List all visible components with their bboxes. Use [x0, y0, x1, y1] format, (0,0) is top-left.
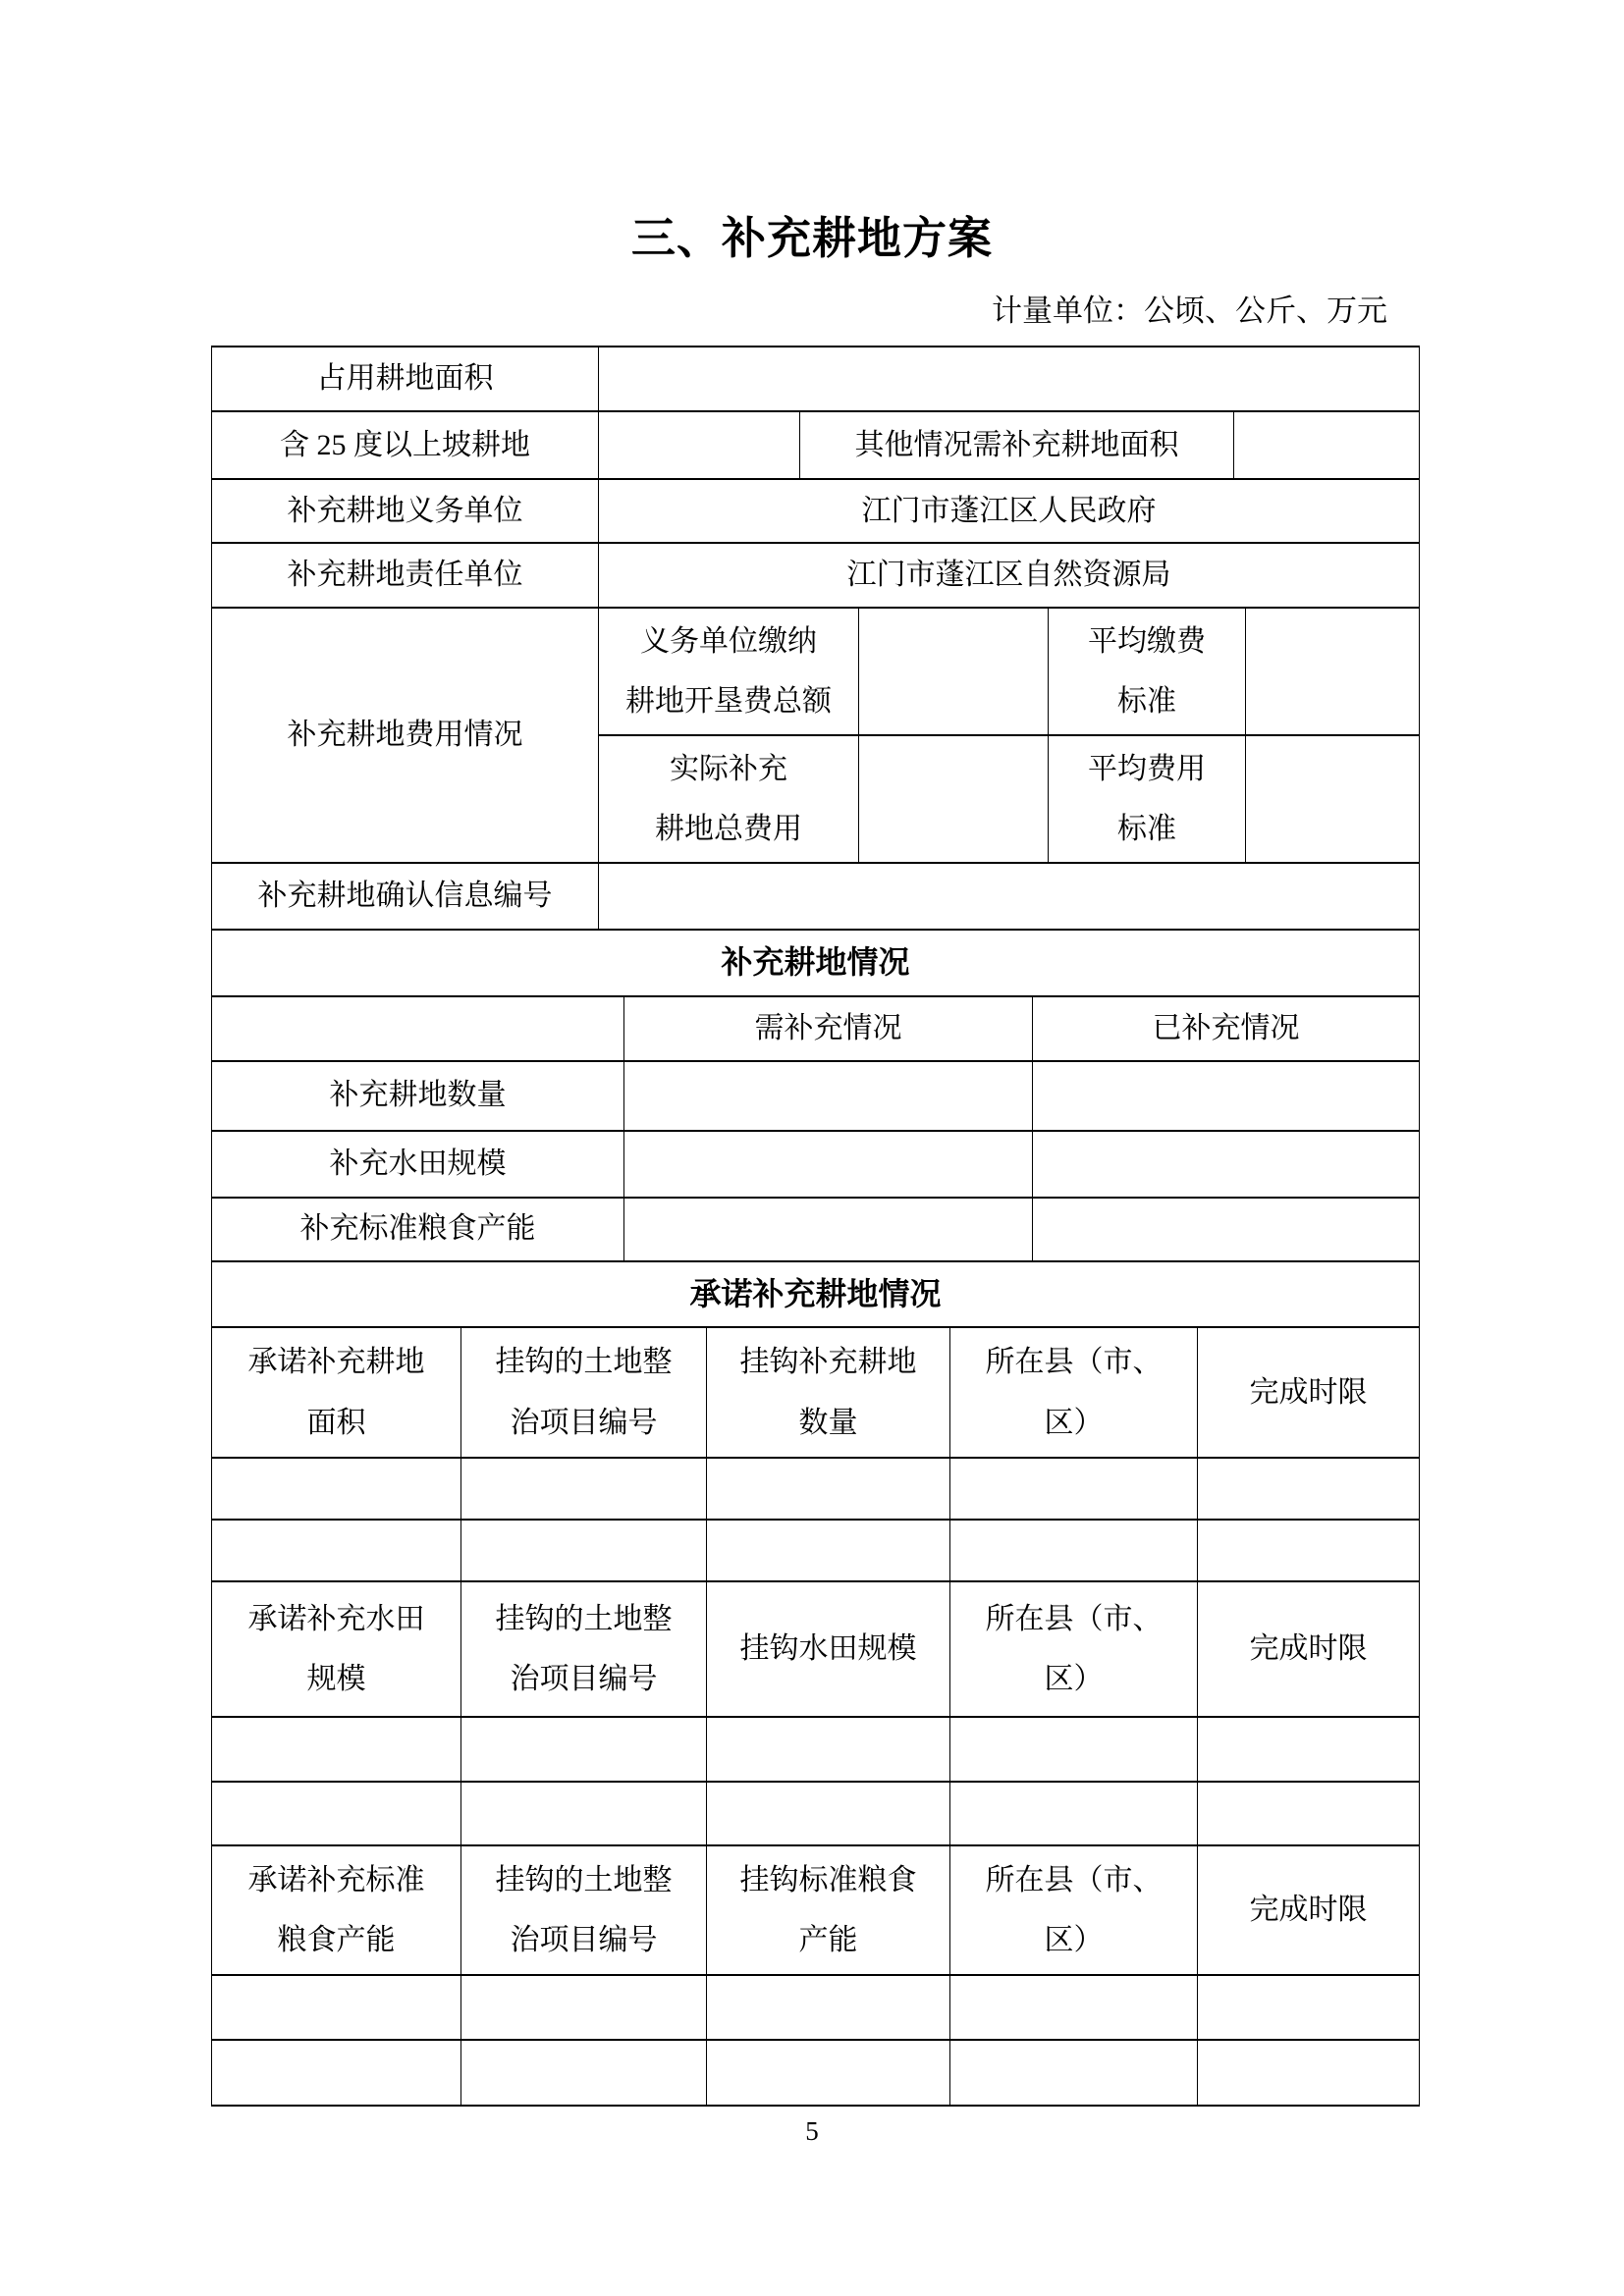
commitment-paddy-data-row — [212, 1717, 1420, 1782]
linked-project-number-header-cell: 挂钩的土地整 治项目编号 — [461, 1845, 707, 1975]
avg-payment-label-cell: 平均缴费 标准 — [1049, 608, 1246, 735]
label-line-1: 挂钩的土地整 — [465, 1332, 702, 1393]
supplement-qty-done-cell — [1033, 1061, 1420, 1131]
commitment-paddy-data-row — [212, 1782, 1420, 1845]
label-line-1: 所在县（市、 — [954, 1850, 1193, 1911]
county-header-cell: 所在县（市、 区） — [950, 1327, 1198, 1458]
confirmation-number-row: 补充耕地确认信息编号 — [212, 863, 1420, 930]
obligation-unit-value-cell: 江门市蓬江区人民政府 — [599, 479, 1420, 543]
label-line-1: 所在县（市、 — [954, 1332, 1193, 1393]
label-line-2: 区） — [954, 1649, 1193, 1710]
empty-data-cell — [461, 1458, 707, 1520]
empty-data-cell — [707, 1975, 950, 2040]
reclamation-fee-value-cell — [859, 608, 1049, 735]
commitment-section-title-cell: 承诺补充耕地情况 — [212, 1261, 1420, 1328]
label-line-1: 挂钩的土地整 — [465, 1589, 702, 1650]
supplement-qty-row: 补充耕地数量 — [212, 1061, 1420, 1131]
label-line-2: 粮食产能 — [216, 1910, 457, 1971]
empty-data-cell — [461, 1975, 707, 2040]
paddy-scale-need-cell — [624, 1131, 1033, 1198]
other-need-value-cell — [1234, 411, 1420, 479]
commitment-header-row: 承诺补充耕地情况 — [212, 1261, 1420, 1328]
obligation-unit-label-cell: 补充耕地义务单位 — [212, 479, 599, 543]
label-line-1: 挂钩补充耕地 — [711, 1332, 946, 1393]
responsibility-unit-label-cell: 补充耕地责任单位 — [212, 543, 599, 608]
paddy-scale-done-cell — [1033, 1131, 1420, 1198]
commitment-area-label-cell: 承诺补充耕地 面积 — [212, 1327, 461, 1458]
linked-project-number-header-cell: 挂钩的土地整 治项目编号 — [461, 1327, 707, 1458]
empty-data-cell — [950, 1717, 1198, 1782]
empty-data-cell — [212, 1458, 461, 1520]
fee-info-label-cell: 补充耕地费用情况 — [212, 608, 599, 863]
empty-data-cell — [212, 1782, 461, 1845]
empty-data-cell — [1198, 2040, 1420, 2106]
empty-data-cell — [1198, 1975, 1420, 2040]
label-line-2: 耕地总费用 — [603, 799, 854, 860]
linked-project-number-header-cell: 挂钩的土地整 治项目编号 — [461, 1581, 707, 1717]
need-status-header-cell: 需补充情况 — [624, 996, 1033, 1061]
label-line-2: 数量 — [711, 1393, 946, 1454]
empty-data-cell — [950, 1975, 1198, 2040]
label-line-2: 耕地开垦费总额 — [603, 671, 854, 732]
avg-cost-label-cell: 平均费用 标准 — [1049, 735, 1246, 863]
avg-payment-value-cell — [1246, 608, 1420, 735]
label-line-2: 治项目编号 — [465, 1393, 702, 1454]
linked-area-qty-header-cell: 挂钩补充耕地 数量 — [707, 1327, 950, 1458]
occupied-area-row: 占用耕地面积 — [212, 347, 1420, 411]
label-line-2: 规模 — [216, 1649, 457, 1710]
label-line-1: 实际补充 — [603, 739, 854, 800]
paddy-scale-row: 补充水田规模 — [212, 1131, 1420, 1198]
empty-data-cell — [212, 1717, 461, 1782]
empty-data-cell — [212, 2040, 461, 2106]
commitment-paddy-header-row: 承诺补充水田 规模 挂钩的土地整 治项目编号 挂钩水田规模 所在县（市、 区） … — [212, 1581, 1420, 1717]
commitment-grain-data-row — [212, 2040, 1420, 2106]
slope25-label-cell: 含 25 度以上坡耕地 — [212, 411, 599, 479]
occupied-area-label-cell: 占用耕地面积 — [212, 347, 599, 411]
commitment-grain-data-row — [212, 1975, 1420, 2040]
done-status-header-cell: 已补充情况 — [1033, 996, 1420, 1061]
responsibility-unit-row: 补充耕地责任单位 江门市蓬江区自然资源局 — [212, 543, 1420, 608]
label-line-1: 承诺补充耕地 — [216, 1332, 457, 1393]
supplement-status-section-title-cell: 补充耕地情况 — [212, 930, 1420, 996]
page-number: 5 — [0, 2116, 1624, 2147]
fee-row-1: 补充耕地费用情况 义务单位缴纳 耕地开垦费总额 平均缴费 标准 — [212, 608, 1420, 735]
linked-paddy-scale-header-cell: 挂钩水田规模 — [707, 1581, 950, 1717]
obligation-unit-row: 补充耕地义务单位 江门市蓬江区人民政府 — [212, 479, 1420, 543]
empty-data-cell — [1198, 1717, 1420, 1782]
actual-cost-label-cell: 实际补充 耕地总费用 — [599, 735, 859, 863]
empty-data-cell — [707, 2040, 950, 2106]
responsibility-unit-value-cell: 江门市蓬江区自然资源局 — [599, 543, 1420, 608]
commitment-paddy-label-cell: 承诺补充水田 规模 — [212, 1581, 461, 1717]
label-line-1: 挂钩标准粮食 — [711, 1850, 946, 1911]
empty-data-cell — [1198, 1782, 1420, 1845]
label-line-2: 区） — [954, 1910, 1193, 1971]
supplement-qty-label-cell: 补充耕地数量 — [212, 1061, 624, 1131]
paddy-scale-label-cell: 补充水田规模 — [212, 1131, 624, 1198]
label-line-2: 标准 — [1053, 799, 1241, 860]
commitment-area-data-row — [212, 1458, 1420, 1520]
county-header-cell: 所在县（市、 区） — [950, 1581, 1198, 1717]
empty-data-cell — [461, 2040, 707, 2106]
empty-data-cell — [707, 1458, 950, 1520]
label-line-2: 标准 — [1053, 671, 1241, 732]
grain-capacity-label-cell: 补充标准粮食产能 — [212, 1198, 624, 1261]
empty-data-cell — [212, 1975, 461, 2040]
label-line-1: 平均费用 — [1053, 739, 1241, 800]
deadline-header-cell: 完成时限 — [1198, 1581, 1420, 1717]
label-line-2: 治项目编号 — [465, 1910, 702, 1971]
grain-capacity-done-cell — [1033, 1198, 1420, 1261]
commitment-area-header-row: 承诺补充耕地 面积 挂钩的土地整 治项目编号 挂钩补充耕地 数量 所在县（市、 … — [212, 1327, 1420, 1458]
supplement-plan-table: 占用耕地面积 含 25 度以上坡耕地 其他情况需补充耕地面积 补充耕地义务单位 … — [211, 346, 1420, 2107]
empty-data-cell — [950, 2040, 1198, 2106]
empty-data-cell — [950, 1458, 1198, 1520]
label-line-1: 承诺补充标准 — [216, 1850, 457, 1911]
deadline-header-cell: 完成时限 — [1198, 1327, 1420, 1458]
supplement-qty-need-cell — [624, 1061, 1033, 1131]
slope-row: 含 25 度以上坡耕地 其他情况需补充耕地面积 — [212, 411, 1420, 479]
reclamation-fee-label-cell: 义务单位缴纳 耕地开垦费总额 — [599, 608, 859, 735]
empty-data-cell — [1198, 1520, 1420, 1581]
grain-capacity-row: 补充标准粮食产能 — [212, 1198, 1420, 1261]
county-header-cell: 所在县（市、 区） — [950, 1845, 1198, 1975]
empty-data-cell — [707, 1717, 950, 1782]
blank-corner-cell — [212, 996, 624, 1061]
supplement-status-subheader-row: 需补充情况 已补充情况 — [212, 996, 1420, 1061]
page-title: 三、补充耕地方案 — [0, 202, 1624, 266]
label-line-1: 承诺补充水田 — [216, 1589, 457, 1650]
empty-data-cell — [950, 1520, 1198, 1581]
label-line-1: 挂钩的土地整 — [465, 1850, 702, 1911]
confirmation-number-label-cell: 补充耕地确认信息编号 — [212, 863, 599, 930]
slope25-value-cell — [599, 411, 800, 479]
label-line-1: 平均缴费 — [1053, 612, 1241, 672]
occupied-area-value-cell — [599, 347, 1420, 411]
deadline-header-cell: 完成时限 — [1198, 1845, 1420, 1975]
document-page: 三、补充耕地方案 计量单位：公顷、公斤、万元 占用耕地面积 含 25 度以上坡耕… — [0, 0, 1624, 2296]
commitment-grain-label-cell: 承诺补充标准 粮食产能 — [212, 1845, 461, 1975]
empty-data-cell — [461, 1717, 707, 1782]
grain-capacity-need-cell — [624, 1198, 1033, 1261]
label-line-2: 面积 — [216, 1393, 457, 1454]
label-line-1: 所在县（市、 — [954, 1589, 1193, 1650]
empty-data-cell — [1198, 1458, 1420, 1520]
commitment-grain-header-row: 承诺补充标准 粮食产能 挂钩的土地整 治项目编号 挂钩标准粮食 产能 所在县（市… — [212, 1845, 1420, 1975]
label-line-1: 义务单位缴纳 — [603, 612, 854, 672]
confirmation-number-value-cell — [599, 863, 1420, 930]
commitment-area-data-row — [212, 1520, 1420, 1581]
label-line-2: 产能 — [711, 1910, 946, 1971]
linked-grain-capacity-header-cell: 挂钩标准粮食 产能 — [707, 1845, 950, 1975]
empty-data-cell — [707, 1520, 950, 1581]
empty-data-cell — [707, 1782, 950, 1845]
empty-data-cell — [461, 1520, 707, 1581]
empty-data-cell — [212, 1520, 461, 1581]
other-need-label-cell: 其他情况需补充耕地面积 — [800, 411, 1234, 479]
label-line-2: 治项目编号 — [465, 1649, 702, 1710]
unit-note: 计量单位：公顷、公斤、万元 — [211, 286, 1387, 330]
supplement-status-header-row: 补充耕地情况 — [212, 930, 1420, 996]
actual-cost-value-cell — [859, 735, 1049, 863]
empty-data-cell — [950, 1782, 1198, 1845]
empty-data-cell — [461, 1782, 707, 1845]
label-line-2: 区） — [954, 1393, 1193, 1454]
avg-cost-value-cell — [1246, 735, 1420, 863]
